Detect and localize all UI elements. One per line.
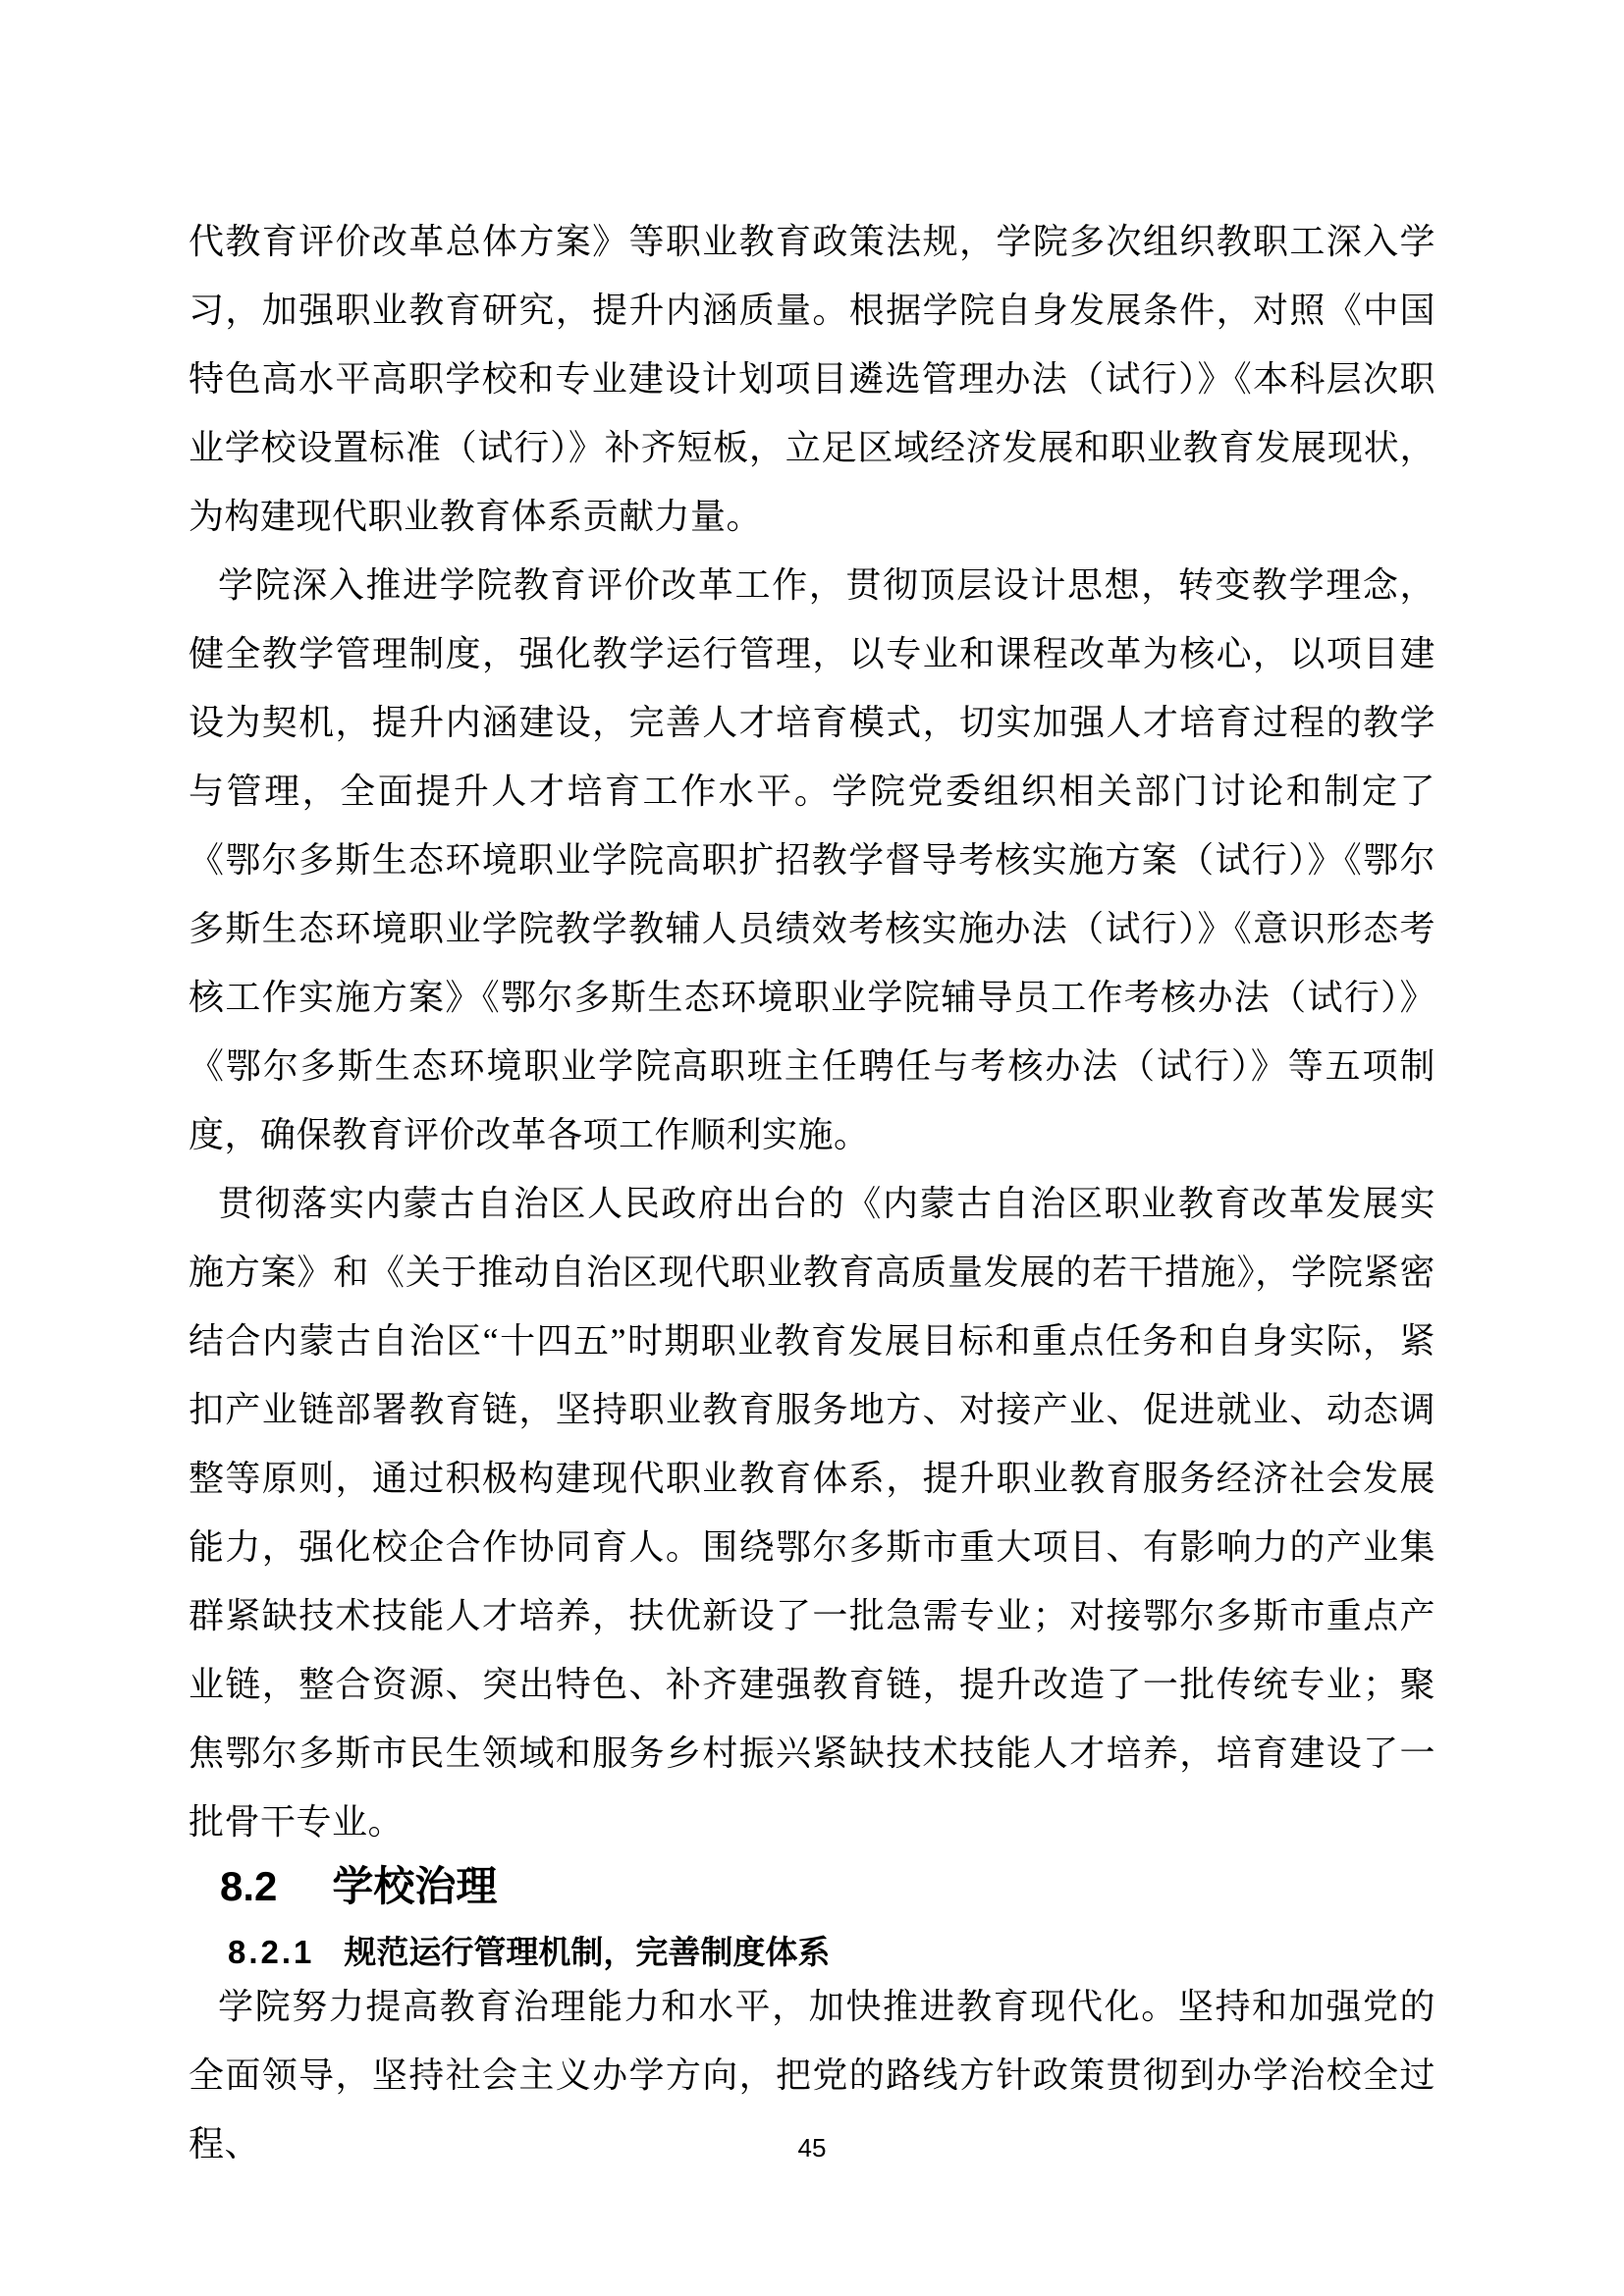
section-heading: 8.2学校治理	[220, 1862, 1435, 1911]
subsection-heading: 8.2.1规范运行管理机制，完善制度体系	[228, 1933, 1435, 1972]
body-paragraph: 贯彻落实内蒙古自治区人民政府出台的《内蒙古自治区职业教育改革发展实施方案》和《关…	[189, 1169, 1435, 1856]
document-page: 代教育评价改革总体方案》等职业教育政策法规，学院多次组织教职工深入学习，加强职业…	[0, 0, 1624, 2296]
section-title: 学校治理	[332, 1863, 497, 1909]
body-paragraph: 学院深入推进学院教育评价改革工作，贯彻顶层设计思想，转变教学理念，健全教学管理制…	[189, 551, 1435, 1169]
subsection-number: 8.2.1	[228, 1933, 314, 1972]
section-number: 8.2	[220, 1862, 277, 1911]
body-paragraph: 代教育评价改革总体方案》等职业教育政策法规，学院多次组织教职工深入学习，加强职业…	[189, 207, 1435, 551]
subsection-title: 规范运行管理机制，完善制度体系	[344, 1934, 830, 1970]
page-content: 代教育评价改革总体方案》等职业教育政策法规，学院多次组织教职工深入学习，加强职业…	[189, 207, 1435, 2178]
page-number: 45	[0, 2132, 1624, 2163]
